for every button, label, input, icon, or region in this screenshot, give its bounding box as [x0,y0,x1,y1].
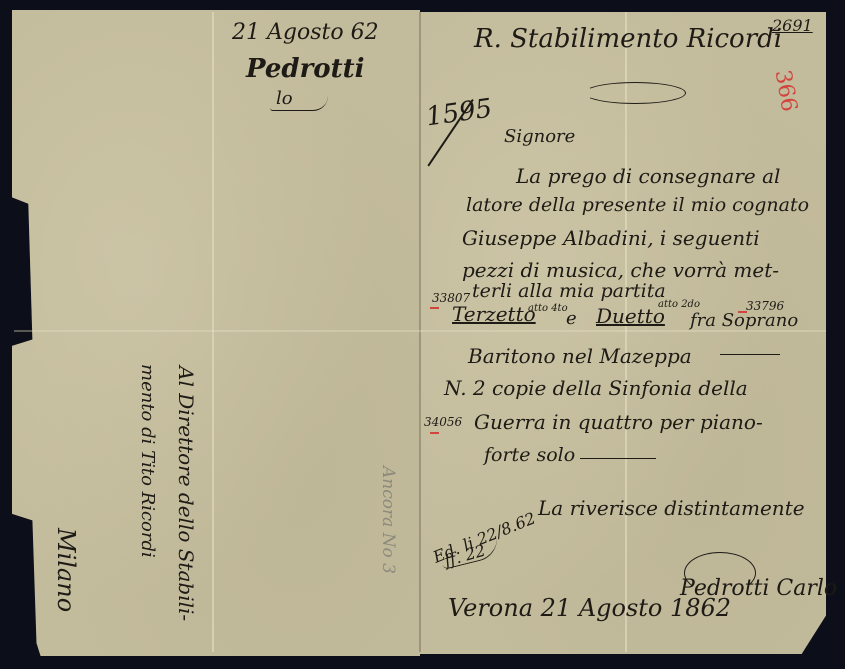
item-text: Guerra in quattro per piano- [474,412,763,432]
item-joiner: e [566,310,577,328]
red-mark [430,307,439,309]
address-city: Milano [54,528,78,612]
item-act: atto 4to [528,304,568,314]
fold-line [419,12,421,652]
reference-number: 2691 [772,18,813,34]
catalog-number: 34056 [424,416,462,428]
item-text: fra Soprano [690,312,798,330]
fold-line [212,12,214,652]
fold-line [625,12,627,652]
catalog-number: 33796 [746,300,784,312]
body-line: latore della presente il mio cognato [466,196,809,215]
item-act: atto 2do [658,300,700,310]
item-text: N. 2 copie della Sinfonia della [444,378,748,398]
salutation: Signore [504,128,575,146]
body-line: pezzi di musica, che vorrà met- [462,260,779,280]
docket-name: Pedrotti [246,56,365,82]
item-title: Terzetto [452,304,536,324]
item-text: Baritono nel Mazeppa [468,346,692,366]
red-mark [430,432,439,434]
flourish [270,96,328,111]
flourish [720,342,780,355]
flourish [584,82,686,104]
item-text: forte solo [484,446,575,465]
address-line2: mento di Tito Ricordi [138,364,156,558]
red-archive-number: 366 [771,68,800,113]
flourish [580,448,656,459]
body-line: terli alla mia partita [472,282,666,301]
item-title: Duetto [596,306,665,326]
closing: La riverisce distintamente [538,498,805,518]
body-line: Giuseppe Albadini, i seguenti [462,228,760,248]
docket-date: 21 Agosto 62 [232,22,379,44]
addressee-header: R. Stabilimento Ricordi [474,26,782,52]
signature-flourish [684,552,756,594]
pencil-note: Ancora No 3 [379,466,396,574]
body-line: La prego di consegnare al [516,166,780,186]
address-line1: Al Direttore dello Stabili- [176,366,196,621]
